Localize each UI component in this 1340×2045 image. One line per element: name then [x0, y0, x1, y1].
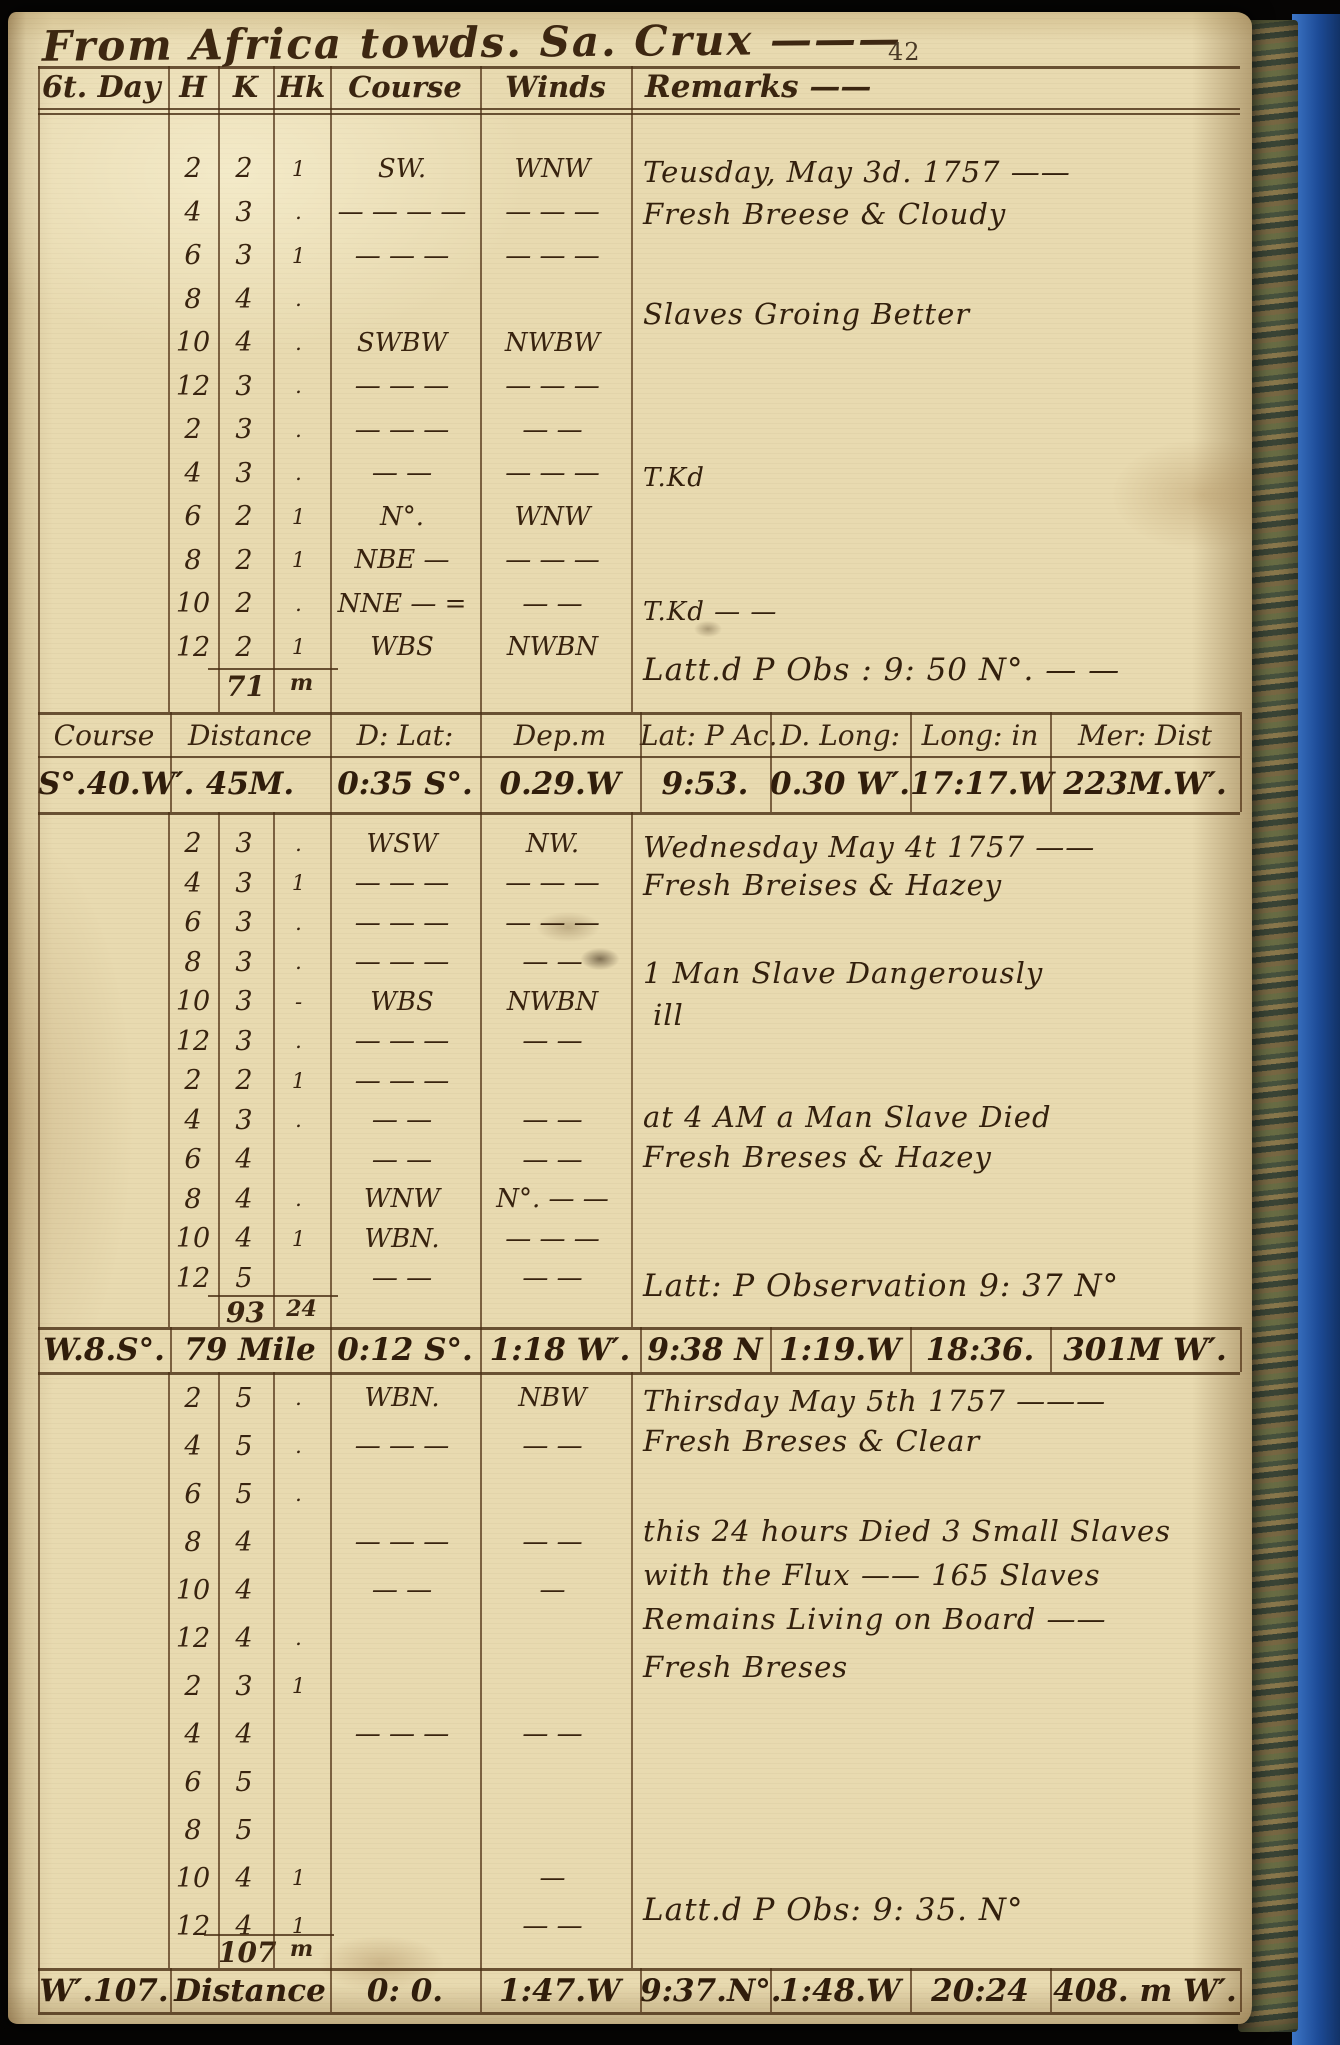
rule-line: [631, 66, 633, 712]
daily-miles-mark: 24: [273, 1296, 330, 1322]
log-cell-w: WNW: [477, 502, 628, 532]
log-cell-h: 10: [168, 986, 218, 1017]
log-row: 1041WBN.— — —: [168, 1219, 631, 1259]
remarks-column: Thirsday May 5th 1757 ——— Fresh Breses &…: [643, 1374, 1239, 1964]
rule-line: [168, 66, 170, 712]
log-cell-hk: .: [270, 331, 327, 355]
log-cell-c: — — —: [327, 415, 477, 445]
log-cell-h: 4: [168, 1431, 218, 1462]
rule-line: [38, 812, 40, 1327]
log-cell-hk: .: [270, 1108, 327, 1132]
log-cell-hk: .: [270, 1187, 327, 1211]
log-row: 1041—: [168, 1854, 631, 1902]
log-cell-h: 6: [168, 240, 218, 271]
log-cell-c: — — —: [327, 241, 477, 271]
log-cell-c: — —: [327, 1263, 477, 1293]
hourly-log-rows: 23.WSWNW.431— — —— — —63.— — —— — —83.— …: [168, 824, 631, 1298]
rule-line: [38, 1968, 40, 2012]
rule-line: [38, 66, 40, 712]
rule-line: [218, 812, 220, 1327]
log-cell-w: — — —: [477, 908, 628, 938]
log-cell-c: — — — —: [327, 197, 477, 227]
log-cell-h: 10: [168, 1575, 218, 1606]
log-cell-k: 3: [218, 868, 270, 899]
log-cell-hk: .: [270, 1029, 327, 1053]
summary-cell: 9:38 N: [640, 1332, 770, 1368]
remark-line: T.Kd: [643, 463, 705, 493]
column-header-course: Course: [330, 70, 480, 104]
log-cell-k: 5: [218, 1815, 270, 1846]
summary-header-row: CourseDistanceD: Lat:Dep.mLat: P Ac.D. L…: [38, 714, 1240, 756]
log-cell-hk: 1: [270, 635, 327, 659]
summary-cell: 1:19.W: [770, 1332, 910, 1368]
log-cell-k: 5: [218, 1263, 270, 1294]
log-cell-h: 10: [168, 1223, 218, 1254]
log-cell-k: 2: [218, 153, 270, 184]
log-row: 125— —— —: [168, 1259, 631, 1299]
log-row: 63.— — —— — —: [168, 903, 631, 943]
rule-line: [218, 1372, 220, 1968]
rule-line: [330, 812, 332, 1327]
summary-cell: 408. m W′.: [1050, 1973, 1240, 2009]
log-cell-k: 4: [218, 1719, 270, 1750]
log-cell-k: 5: [218, 1767, 270, 1798]
log-row: 431— — —— — —: [168, 864, 631, 904]
log-row: 123.— — —— — —: [168, 365, 631, 409]
log-cell-k: 2: [218, 501, 270, 532]
rule-line: [38, 1327, 40, 1372]
log-cell-k: 4: [218, 1223, 270, 1254]
summary-cell: 1:47.W: [480, 1973, 640, 2009]
summary-header-cell: Mer: Dist: [1050, 719, 1240, 752]
log-cell-hk: .: [270, 832, 327, 856]
log-cell-w: — —: [477, 1145, 628, 1175]
remark-line-latitude: Latt.d P Obs: 9: 35. N°: [643, 1892, 1024, 1928]
rule-line: [910, 1327, 912, 1372]
log-cell-k: 3: [218, 947, 270, 978]
log-cell-h: 2: [168, 1383, 218, 1414]
remark-line: 1 Man Slave Dangerously: [643, 956, 1043, 990]
rule-line: [1240, 1968, 1242, 2012]
log-cell-w: — —: [477, 1911, 628, 1941]
log-cell-h: 12: [168, 1623, 218, 1654]
summary-cell: 0.29.W: [480, 766, 640, 802]
log-cell-h: 10: [168, 1863, 218, 1894]
log-cell-h: 10: [168, 588, 218, 619]
summary-header-cell: Lat: P Ac.: [640, 719, 770, 752]
log-row: 65: [168, 1758, 631, 1806]
log-cell-c: WBS: [327, 632, 477, 662]
remark-line: Fresh Breese & Cloudy: [643, 197, 1006, 231]
rule-line: [330, 1372, 332, 1968]
rule-line: [38, 113, 1240, 115]
rule-line: [631, 812, 633, 1327]
hourly-log-rows: 25.WBN.NBW45.— — —— —65.84— — —— —104— —…: [168, 1374, 631, 1950]
log-cell-c: — — —: [327, 1719, 477, 1749]
rule-line: [170, 712, 172, 812]
log-cell-hk: .: [270, 287, 327, 311]
log-cell-w: — — —: [477, 241, 628, 271]
log-cell-h: 2: [168, 1065, 218, 1096]
log-cell-w: — — —: [477, 545, 628, 575]
summary-header-cell: Course: [38, 719, 170, 752]
log-row: 221— — —: [168, 1061, 631, 1101]
rule-line: [38, 756, 1240, 758]
log-row: 821NBE —— — —: [168, 539, 631, 583]
log-row: 25.WBN.NBW: [168, 1374, 631, 1422]
log-cell-k: 3: [218, 458, 270, 489]
log-cell-hk: 1: [270, 1674, 327, 1698]
remarks-column: Wednesday May 4t 1757 —— Fresh Breises &…: [643, 824, 1239, 1324]
log-cell-w: — — —: [477, 458, 628, 488]
log-row: 123.— — —— —: [168, 1022, 631, 1062]
summary-cell: W.8.S°.: [38, 1332, 170, 1368]
rule-line: [770, 1327, 772, 1372]
log-cell-w: — —: [477, 1026, 628, 1056]
log-cell-w: — —: [477, 1263, 628, 1293]
log-cell-c: WBS: [327, 987, 477, 1017]
rule-line: [1240, 1327, 1242, 1372]
rule-line: [38, 712, 40, 812]
page-number: 42: [888, 38, 921, 66]
log-cell-hk: .: [270, 461, 327, 485]
rule-line: [480, 1327, 482, 1372]
log-cell-w: — —: [477, 415, 628, 445]
log-cell-h: 2: [168, 414, 218, 445]
log-cell-w: N°. — —: [477, 1184, 628, 1214]
log-cell-h: 12: [168, 371, 218, 402]
rule-line: [38, 1968, 1240, 1971]
rule-line: [273, 812, 275, 1327]
rule-line: [480, 812, 482, 1327]
log-cell-w: —: [477, 1863, 628, 1893]
rule-line: [330, 1968, 332, 2012]
log-row: 83.— — —— —: [168, 943, 631, 983]
log-cell-hk: .: [270, 1626, 327, 1650]
remark-line: Slaves Groing Better: [643, 297, 970, 331]
remark-line: Remains Living on Board ——: [643, 1602, 1107, 1636]
rule-line: [770, 1968, 772, 2012]
log-row: 1221WBSNWBN: [168, 626, 631, 670]
log-cell-c: N°.: [327, 502, 477, 532]
summary-header-cell: Distance: [170, 719, 330, 752]
log-cell-h: 4: [168, 868, 218, 899]
summary-cell: 17:17.W: [910, 766, 1050, 802]
rule-line: [273, 66, 275, 712]
daily-knots-total: 107: [218, 1936, 273, 1969]
log-cell-hk: .: [270, 911, 327, 935]
rule-line: [218, 66, 220, 712]
log-cell-hk: .: [270, 950, 327, 974]
summary-header-cell: Dep.m: [480, 719, 640, 752]
log-cell-hk: 1: [270, 157, 327, 181]
rule-line: [38, 1372, 40, 1968]
rule-line: [480, 66, 482, 712]
rule-line: [208, 1295, 338, 1297]
summary-cell: 9:37.N°.: [640, 1973, 770, 2009]
log-cell-hk: .: [270, 374, 327, 398]
rule-line: [1050, 1968, 1052, 2012]
daily-knots-total: 71: [218, 670, 273, 703]
log-cell-h: 6: [168, 1479, 218, 1510]
remark-line: Thirsday May 5th 1757 ———: [643, 1384, 1106, 1418]
log-cell-h: 8: [168, 947, 218, 978]
summary-cell: 223M.W′.: [1050, 766, 1240, 802]
log-cell-h: 6: [168, 907, 218, 938]
log-row: 84.: [168, 278, 631, 322]
log-row: 44— — —— —: [168, 1710, 631, 1758]
log-row: 124.: [168, 1614, 631, 1662]
log-cell-c: — —: [327, 1575, 477, 1605]
rule-line: [38, 66, 1240, 69]
summary-cell: W′.107.: [38, 1973, 170, 2009]
log-cell-h: 4: [168, 458, 218, 489]
log-cell-h: 4: [168, 197, 218, 228]
log-cell-c: — — —: [327, 868, 477, 898]
log-row: 65.: [168, 1470, 631, 1518]
log-cell-k: 4: [218, 1144, 270, 1175]
rule-line: [38, 1372, 1240, 1375]
log-cell-w: — — —: [477, 197, 628, 227]
rule-line: [168, 1372, 170, 1968]
rule-line: [910, 1968, 912, 2012]
summary-header-cell: D: Lat:: [330, 719, 480, 752]
rule-line: [170, 1327, 172, 1372]
column-header-remarks: Remarks ——: [631, 69, 1240, 105]
log-cell-hk: .: [270, 418, 327, 442]
remark-line: ill: [643, 998, 684, 1032]
log-row: 221SW.WNW: [168, 147, 631, 191]
log-cell-hk: .: [270, 1482, 327, 1506]
log-cell-h: 8: [168, 545, 218, 576]
log-cell-k: 3: [218, 907, 270, 938]
log-cell-k: 2: [218, 632, 270, 663]
log-cell-c: — — —: [327, 908, 477, 938]
log-row: 64— —— —: [168, 1140, 631, 1180]
log-cell-hk: .: [270, 592, 327, 616]
log-row: 102.NNE — =— —: [168, 582, 631, 626]
log-row: 84— — —— —: [168, 1518, 631, 1566]
log-row: 45.— — —— —: [168, 1422, 631, 1470]
log-cell-k: 4: [218, 1575, 270, 1606]
summary-cell: 0: 0.: [330, 1973, 480, 2009]
rule-line: [640, 1327, 642, 1372]
log-cell-k: 4: [218, 1184, 270, 1215]
rule-line: [330, 66, 332, 712]
log-cell-c: NNE — =: [327, 589, 477, 619]
log-cell-k: 3: [218, 1105, 270, 1136]
log-cell-hk: -: [270, 990, 327, 1014]
log-cell-h: 12: [168, 632, 218, 663]
rule-line: [1050, 712, 1052, 812]
log-cell-h: 6: [168, 1144, 218, 1175]
log-cell-w: — —: [477, 1105, 628, 1135]
log-cell-c: WBN.: [327, 1383, 477, 1413]
log-cell-h: 6: [168, 1767, 218, 1798]
rule-line: [770, 712, 772, 812]
log-cell-w: — — —: [477, 1224, 628, 1254]
log-cell-k: 4: [218, 1527, 270, 1558]
log-cell-c: WBN.: [327, 1224, 477, 1254]
summary-cell: 0.30 W′.: [770, 766, 910, 802]
log-cell-k: 2: [218, 1065, 270, 1096]
remark-line: Fresh Breses & Hazey: [643, 1140, 992, 1174]
logbook-page: From Africa towds. Sa. Crux ——— 42 6t. D…: [8, 12, 1252, 2024]
log-cell-h: 6: [168, 501, 218, 532]
summary-cell: 1:48.W: [770, 1973, 910, 2009]
log-cell-w: — —: [477, 947, 628, 977]
log-cell-k: 3: [218, 1671, 270, 1702]
log-cell-h: 2: [168, 828, 218, 859]
log-cell-w: NW.: [477, 829, 628, 859]
log-row: 231: [168, 1662, 631, 1710]
log-cell-h: 12: [168, 1026, 218, 1057]
rule-line: [910, 712, 912, 812]
log-cell-k: 3: [218, 828, 270, 859]
log-cell-k: 3: [218, 986, 270, 1017]
log-cell-hk: .: [270, 200, 327, 224]
rule-line: [38, 712, 1240, 715]
log-cell-k: 5: [218, 1383, 270, 1414]
column-header-hours: H: [168, 70, 218, 104]
log-cell-h: 8: [168, 284, 218, 315]
log-row: 104— ——: [168, 1566, 631, 1614]
log-cell-c: — — —: [327, 371, 477, 401]
log-cell-w: —: [477, 1575, 628, 1605]
page-title: From Africa towds. Sa. Crux ———: [42, 14, 902, 71]
column-header-winds: Winds: [480, 70, 631, 104]
hourly-log-rows: 221SW.WNW43.— — — —— — —631— — —— — —84.…: [168, 147, 631, 669]
log-cell-k: 4: [218, 1863, 270, 1894]
log-cell-w: — — —: [477, 868, 628, 898]
log-cell-h: 8: [168, 1184, 218, 1215]
rule-line: [38, 108, 1240, 110]
log-cell-c: SWBW: [327, 328, 477, 358]
log-cell-c: SW.: [327, 154, 477, 184]
log-cell-k: 3: [218, 197, 270, 228]
log-cell-w: — —: [477, 589, 628, 619]
rule-line: [208, 668, 338, 670]
log-cell-h: 2: [168, 153, 218, 184]
remark-line: Fresh Breses: [643, 1650, 848, 1684]
remark-line-latitude: Latt: P Observation 9: 37 N°: [643, 1268, 1119, 1304]
log-cell-hk: 1: [270, 871, 327, 895]
rule-line: [480, 1372, 482, 1968]
column-header-day: 6t. Day: [38, 70, 168, 105]
log-cell-hk: 1: [270, 505, 327, 529]
log-row: 621N°.WNW: [168, 495, 631, 539]
remark-line: at 4 AM a Man Slave Died: [643, 1100, 1052, 1134]
log-cell-h: 10: [168, 327, 218, 358]
log-row: 43.— —— — —: [168, 452, 631, 496]
rule-line: [204, 1934, 334, 1936]
log-row: 23.— — —— —: [168, 408, 631, 452]
rule-line: [640, 1968, 642, 2012]
rule-line: [1240, 712, 1242, 812]
rule-line: [38, 1327, 1240, 1330]
log-cell-h: 8: [168, 1815, 218, 1846]
log-row: 23.WSWNW.: [168, 824, 631, 864]
log-cell-c: — —: [327, 1105, 477, 1135]
log-cell-k: 3: [218, 240, 270, 271]
daily-miles-mark: m: [273, 1936, 330, 1962]
log-cell-c: — — —: [327, 1527, 477, 1557]
rule-line: [170, 1968, 172, 2012]
log-cell-k: 4: [218, 1623, 270, 1654]
column-header-knots: K: [218, 70, 273, 104]
log-cell-w: NWBW: [477, 328, 628, 358]
summary-values-may4: W.8.S°.79 Mile0:12 S°.1:18 W′.9:38 N1:19…: [38, 1329, 1240, 1371]
log-cell-h: 4: [168, 1719, 218, 1750]
remark-line: Fresh Breses & Clear: [643, 1424, 980, 1458]
log-cell-c: — — —: [327, 1066, 477, 1096]
column-header-halfknots: Hk: [273, 70, 330, 104]
rule-line: [330, 1327, 332, 1372]
log-cell-c: — — —: [327, 947, 477, 977]
remark-line: Teusday, May 3d. 1757 ——: [643, 155, 1071, 189]
log-cell-c: — —: [327, 458, 477, 488]
remark-line-latitude: Latt.d P Obs : 9: 50 N°. — —: [643, 652, 1120, 688]
summary-cell: 79 Mile: [170, 1332, 330, 1368]
log-cell-h: 4: [168, 1105, 218, 1136]
log-cell-hk: .: [270, 1386, 327, 1410]
log-row: 85: [168, 1806, 631, 1854]
rule-line: [38, 2012, 1240, 2015]
summary-cell: 9:53.: [640, 766, 770, 802]
log-cell-k: 3: [218, 1026, 270, 1057]
rule-line: [480, 712, 482, 812]
book-cover-blue: [1292, 14, 1340, 2045]
log-cell-w: — —: [477, 1527, 628, 1557]
log-cell-k: 4: [218, 284, 270, 315]
remark-line: with the Flux —— 165 Slaves: [643, 1558, 1101, 1592]
summary-cell: Distance: [170, 1973, 330, 2009]
log-cell-c: NBE —: [327, 545, 477, 575]
summary-cell: S°.40.W′.: [38, 766, 170, 802]
remarks-column: Teusday, May 3d. 1757 —— Fresh Breese & …: [643, 147, 1239, 707]
log-cell-w: — —: [477, 1431, 628, 1461]
log-row: 631— — —— — —: [168, 234, 631, 278]
rule-line: [273, 1372, 275, 1968]
summary-cell: 301M W′.: [1050, 1332, 1240, 1368]
daily-knots-total: 93: [218, 1296, 273, 1329]
summary-header-cell: D. Long:: [770, 719, 910, 752]
summary-cell: 1:18 W′.: [480, 1332, 640, 1368]
summary-values-may5: W′.107.Distance0: 0.1:47.W9:37.N°.1:48.W…: [38, 1970, 1240, 2012]
rule-line: [631, 1372, 633, 1968]
log-cell-k: 2: [218, 588, 270, 619]
log-cell-hk: 1: [270, 244, 327, 268]
log-cell-c: WSW: [327, 829, 477, 859]
remark-line: this 24 hours Died 3 Small Slaves: [643, 1514, 1171, 1548]
log-cell-hk: 1: [270, 548, 327, 572]
summary-cell: 20:24: [910, 1973, 1050, 2009]
rule-line: [330, 712, 332, 812]
log-cell-w: — — —: [477, 371, 628, 401]
log-cell-c: WNW: [327, 1184, 477, 1214]
summary-cell: 0:12 S°.: [330, 1332, 480, 1368]
log-cell-c: — — —: [327, 1026, 477, 1056]
log-cell-h: 2: [168, 1671, 218, 1702]
log-cell-w: — —: [477, 1719, 628, 1749]
daily-miles-mark: m: [273, 670, 330, 696]
log-cell-w: WNW: [477, 154, 628, 184]
summary-cell: 0:35 S°.: [330, 766, 480, 802]
log-row: 43.— — — —— — —: [168, 191, 631, 235]
summary-cell: 45M.: [170, 766, 330, 802]
log-cell-hk: 1: [270, 1866, 327, 1890]
log-cell-hk: 1: [270, 1227, 327, 1251]
